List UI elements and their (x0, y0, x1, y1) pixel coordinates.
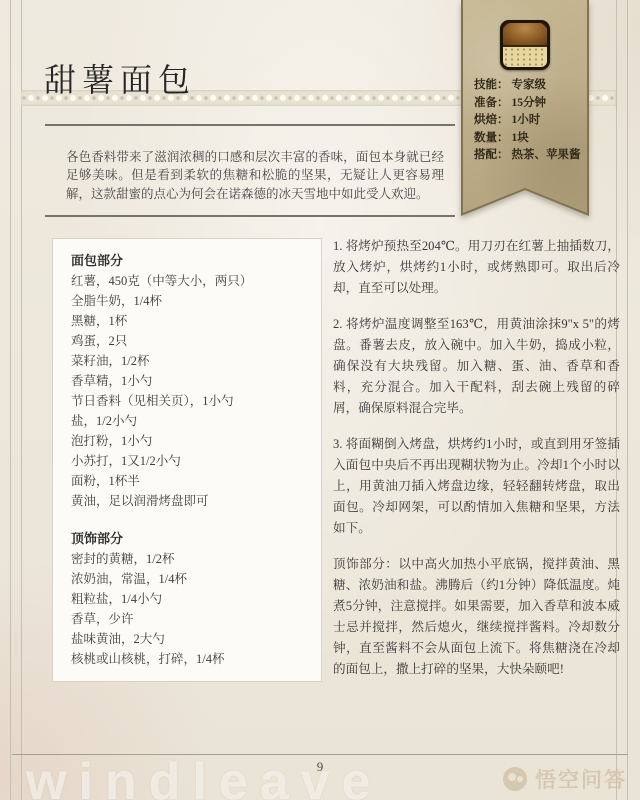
ingredients-list-bread: 红薯，450克（中等大小，两只） 全脂牛奶，1/4杯 黑糖，1杯 鸡蛋，2只 菜… (71, 271, 303, 511)
stat-value: 热茶、苹果酱 (512, 149, 581, 161)
stat-label: 烘焙 (474, 114, 497, 126)
page-title: 甜薯面包 (44, 55, 196, 101)
stat-separator: ： (497, 149, 509, 161)
instructions-column: 1. 将烤炉预热至204℃。用刀刃在红薯上抽插数刀，放入烤炉，烘烤约1小时，或烤… (333, 236, 620, 695)
ingredients-section-heading-bread: 面包部分 (71, 251, 303, 271)
ingredient-item: 菜籽油，1/2杯 (71, 351, 303, 371)
ingredient-item: 黑糖，1杯 (71, 311, 303, 331)
bread-image (503, 23, 547, 67)
page-border-line-left-inner (21, 0, 22, 800)
recipe-info-ribbon: 技能：专家级 准备：15分钟 烘焙：1小时 数量：1块 搭配：热茶、苹果酱 (461, 0, 589, 216)
ingredient-item: 全脂牛奶，1/4杯 (71, 291, 303, 311)
stat-label: 数量 (474, 132, 497, 144)
stat-separator: ： (497, 97, 509, 109)
divider-line-top (45, 124, 455, 126)
instruction-step-topping: 顶饰部分：以中高火加热小平底锅，搅拌黄油、黑糖、浓奶油和盐。沸腾后（约1分钟）降… (333, 554, 620, 680)
ribbon-stat-pairing: 搭配：热茶、苹果酱 (474, 147, 583, 165)
stat-value: 15分钟 (512, 97, 547, 109)
stat-separator: ： (497, 79, 509, 91)
stat-value: 1小时 (512, 114, 541, 126)
page-border-line-right-outer (627, 0, 628, 800)
stat-separator: ： (497, 114, 509, 126)
wukong-logo-text: 悟空问答 (535, 764, 627, 794)
ribbon-stat-prep: 准备：15分钟 (474, 95, 583, 113)
stat-separator: ： (497, 132, 509, 144)
instruction-step-3: 3. 将面糊倒入烤盘，烘烤约1小时，或直到用牙签插入面包中央后不再出现糊状物为止… (333, 434, 620, 539)
stat-label: 准备 (474, 97, 497, 109)
stat-value: 1块 (512, 132, 529, 144)
ingredient-item: 鸡蛋，2只 (71, 331, 303, 351)
ribbon-stat-bake: 烘焙：1小时 (474, 112, 583, 130)
stat-label: 搭配 (474, 149, 497, 161)
bread-crust-shape (503, 23, 547, 45)
ingredient-item: 面粉，1杯半 (71, 471, 303, 491)
wukong-qa-logo: 悟空问答 (503, 764, 627, 794)
ribbon-stat-skill: 技能：专家级 (474, 77, 583, 95)
ingredient-item: 小苏打，1又1/2小勺 (71, 451, 303, 471)
ingredient-item: 盐，1/2小勺 (71, 411, 303, 431)
stat-value: 专家级 (512, 79, 547, 91)
ingredients-panel: 面包部分 红薯，450克（中等大小，两只） 全脂牛奶，1/4杯 黑糖，1杯 鸡蛋… (52, 238, 322, 682)
ingredient-item: 泡打粉，1小勺 (71, 431, 303, 451)
divider-line-bottom (45, 215, 455, 217)
ingredient-item: 香草精，1小勺 (71, 371, 303, 391)
page-border-line-left-outer (10, 0, 11, 800)
ingredients-section-heading-topping: 顶饰部分 (71, 529, 303, 549)
ingredient-item: 粗粒盐，1/4小勺 (71, 589, 303, 609)
ingredient-item: 红薯，450克（中等大小，两只） (71, 271, 303, 291)
ingredient-item: 香草，少许 (71, 609, 303, 629)
bread-crumb-shape (503, 47, 547, 67)
instruction-step-2: 2. 将烤炉温度调整至163℃，用黄油涂抹9"x 5"的烤盘。番薯去皮，放入碗中… (333, 314, 620, 419)
stat-label: 技能 (474, 79, 497, 91)
ingredient-item: 盐味黄油，2大勺 (71, 629, 303, 649)
instruction-step-1: 1. 将烤炉预热至204℃。用刀刃在红薯上抽插数刀，放入烤炉，烘烤约1小时，或烤… (333, 236, 620, 299)
ribbon-stat-quantity: 数量：1块 (474, 130, 583, 148)
intro-paragraph: 各色香料带来了滋润浓稠的口感和层次丰富的香味，面包本身就已经足够美味。但是看到柔… (66, 148, 444, 204)
ribbon-stats: 技能：专家级 准备：15分钟 烘焙：1小时 数量：1块 搭配：热茶、苹果酱 (474, 77, 583, 165)
ingredient-item: 黄油，足以润滑烤盘即可 (71, 491, 303, 511)
bread-icon (500, 20, 550, 70)
ingredient-item: 核桃或山核桃，打碎，1/4杯 (71, 649, 303, 669)
ingredient-item: 节日香料（见相关页），1小勺 (71, 391, 303, 411)
ingredient-item: 浓奶油，常温，1/4杯 (71, 569, 303, 589)
ingredients-list-topping: 密封的黄糖，1/2杯 浓奶油，常温，1/4杯 粗粒盐，1/4小勺 香草，少许 盐… (71, 549, 303, 669)
ingredient-item: 密封的黄糖，1/2杯 (71, 549, 303, 569)
monkey-logo-icon (503, 767, 527, 791)
